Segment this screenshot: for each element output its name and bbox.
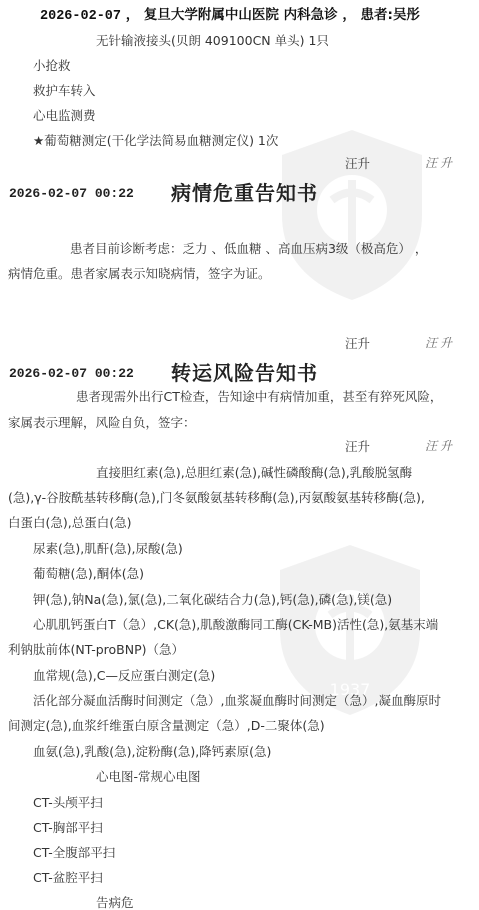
- patient-name: 吴彤: [393, 7, 420, 23]
- critical-notice-title: 病情危重告知书: [171, 181, 318, 205]
- lab-order-line: 尿素(急),肌酐(急),尿酸(急): [33, 541, 183, 557]
- lab-order-line: (急),γ-谷胺酰基转移酶(急),门冬氨酸氨基转移酶(急),丙氨酸氨基转移酶(急…: [8, 490, 425, 506]
- order-item: 小抢救: [33, 58, 71, 74]
- exam-order-item: CT-头颅平扫: [33, 795, 103, 811]
- hospital-watermark-icon: [272, 125, 432, 305]
- header-separator: ，: [342, 7, 356, 23]
- header-separator: ，: [126, 7, 140, 23]
- order-item: 无针输液接头(贝朗 409100CN 单头) 1只: [96, 33, 329, 49]
- doctor-name: 汪升: [345, 156, 370, 172]
- lab-order-line: 血常规(急),C—反应蛋白测定(急): [33, 668, 215, 684]
- order-item: ★葡萄糖测定(干化学法简易血糖测定仪) 1次: [33, 133, 278, 149]
- critical-notice-body: 病情危重。患者家属表示知晓病情，签字为证。: [8, 266, 271, 282]
- doctor-name: 汪升: [345, 336, 370, 352]
- exam-order-item: CT-盆腔平扫: [33, 870, 103, 886]
- critical-notice-body: 患者目前诊断考虑：乏力 、低血糖 、高血压病3级（极高危） ，: [70, 241, 427, 257]
- order-item: 救护车转入: [33, 83, 96, 99]
- lab-order-line: 钾(急),钠Na(急),氯(急),二氧化碳结合力(急),钙(急),磷(急),镁(…: [33, 592, 392, 608]
- lab-order-line: 活化部分凝血活酶时间测定（急）,血浆凝血酶时间测定（急）,凝血酶原时: [33, 693, 441, 709]
- lab-order-line: 白蛋白(急),总蛋白(急): [8, 515, 131, 531]
- exam-order-item: 心电图-常规心电图: [96, 769, 201, 785]
- lab-order-line: 葡萄糖(急),酮体(急): [33, 566, 144, 582]
- transfer-notice-body: 患者现需外出行CT检查，告知途中有病情加重，甚至有猝死风险，: [76, 389, 442, 405]
- lab-order-line: 直接胆红素(急),总胆红素(急),碱性磷酸酶(急),乳酸脱氢酶: [96, 465, 412, 481]
- lab-order-line: 间测定(急),血浆纤维蛋白原含量测定（急）,D-二聚体(急): [8, 718, 325, 734]
- transfer-notice-body: 家属表示理解，风险自负，签字：: [8, 415, 196, 431]
- department-name: 内科急诊: [284, 7, 338, 23]
- patient-label: 患者:: [361, 7, 393, 23]
- exam-order-item: 告病危: [96, 895, 134, 910]
- transfer-notice-title: 转运风险告知书: [171, 361, 318, 385]
- notice-timestamp: 2026-02-07 00:22: [9, 186, 134, 201]
- medical-record-document: 1937 2026-02-07 ， 复旦大学附属中山医院 内科急诊 ， 患者:吴…: [0, 0, 479, 910]
- exam-order-item: CT-全腹部平扫: [33, 845, 115, 861]
- handwritten-signature: 汪升: [425, 334, 455, 351]
- lab-order-line: 血氨(急),乳酸(急),淀粉酶(急),降钙素原(急): [33, 744, 271, 760]
- order-item: 心电监测费: [33, 108, 96, 124]
- doctor-name: 汪升: [345, 439, 370, 455]
- header-date: 2026-02-07: [40, 9, 121, 24]
- exam-order-item: CT-胸部平扫: [33, 820, 103, 836]
- record-header: 2026-02-07 ， 复旦大学附属中山医院 内科急诊 ， 患者:吴彤: [40, 7, 420, 25]
- notice-timestamp: 2026-02-07 00:22: [9, 366, 134, 381]
- handwritten-signature: 汪升: [425, 437, 455, 454]
- handwritten-signature: 汪升: [425, 154, 455, 171]
- hospital-name: 复旦大学附属中山医院: [144, 7, 279, 23]
- lab-order-line: 心肌肌钙蛋白T（急）,CK(急),肌酸激酶同工酶(CK-MB)活性(急),氨基末…: [33, 617, 438, 633]
- lab-order-line: 利钠肽前体(NT-proBNP)（急）: [8, 642, 184, 658]
